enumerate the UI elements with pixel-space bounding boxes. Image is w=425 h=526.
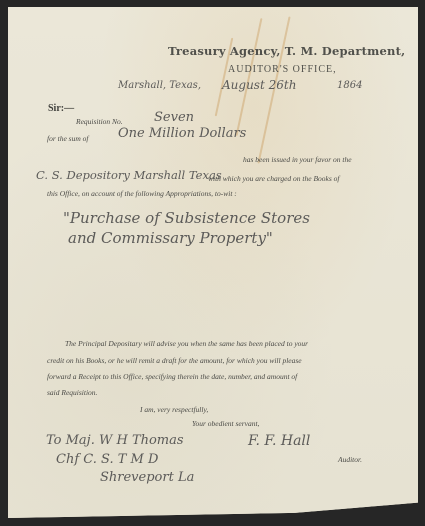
requisition-label: Requisition No. bbox=[76, 117, 123, 126]
letterhead-place: Marshall, Texas, bbox=[118, 80, 201, 91]
stain bbox=[236, 18, 263, 136]
instructions-line1: The Principal Depositary will advise you… bbox=[65, 339, 308, 348]
letterhead-agency: Treasury Agency, T. M. Department, bbox=[168, 44, 405, 58]
requisition-sum: One Million Dollars bbox=[118, 126, 246, 141]
addressee-line3: Shreveport La bbox=[100, 470, 194, 485]
instructions-line4: said Requisition. bbox=[47, 388, 97, 397]
appropriation-line2: and Commissary Property" bbox=[68, 229, 273, 247]
requisition-number: Seven bbox=[154, 110, 194, 125]
charged-text: with which you are charged on the Books … bbox=[208, 174, 340, 183]
sum-label: for the sum of bbox=[47, 134, 88, 143]
depository-name: C. S. Depository Marshall Texas bbox=[36, 168, 222, 182]
salutation: Sir:— bbox=[48, 103, 74, 114]
letterhead-office: AUDITOR'S OFFICE, bbox=[228, 64, 337, 75]
closing-respectfully: I am, very respectfully, bbox=[140, 405, 208, 414]
addressee-line2: Chf C. S. T M D bbox=[56, 452, 158, 467]
issued-text: has been issued in your favor on the bbox=[243, 155, 352, 164]
account-text: this Office, on account of the following… bbox=[47, 189, 237, 198]
letter-year: 1864 bbox=[337, 80, 362, 91]
instructions-line3: forward a Receipt to this Office, specif… bbox=[47, 372, 297, 381]
addressee-line1: To Maj. W H Thomas bbox=[46, 433, 184, 448]
signer-title: Auditor. bbox=[338, 455, 362, 464]
letter-date: August 26th bbox=[222, 78, 296, 92]
closing-servant: Your obedient servant, bbox=[192, 419, 259, 428]
instructions-line2: credit on his Books, or he will remit a … bbox=[47, 356, 302, 365]
appropriation-line1: "Purchase of Subsistence Stores bbox=[63, 209, 310, 227]
signature: F. F. Hall bbox=[248, 433, 310, 449]
